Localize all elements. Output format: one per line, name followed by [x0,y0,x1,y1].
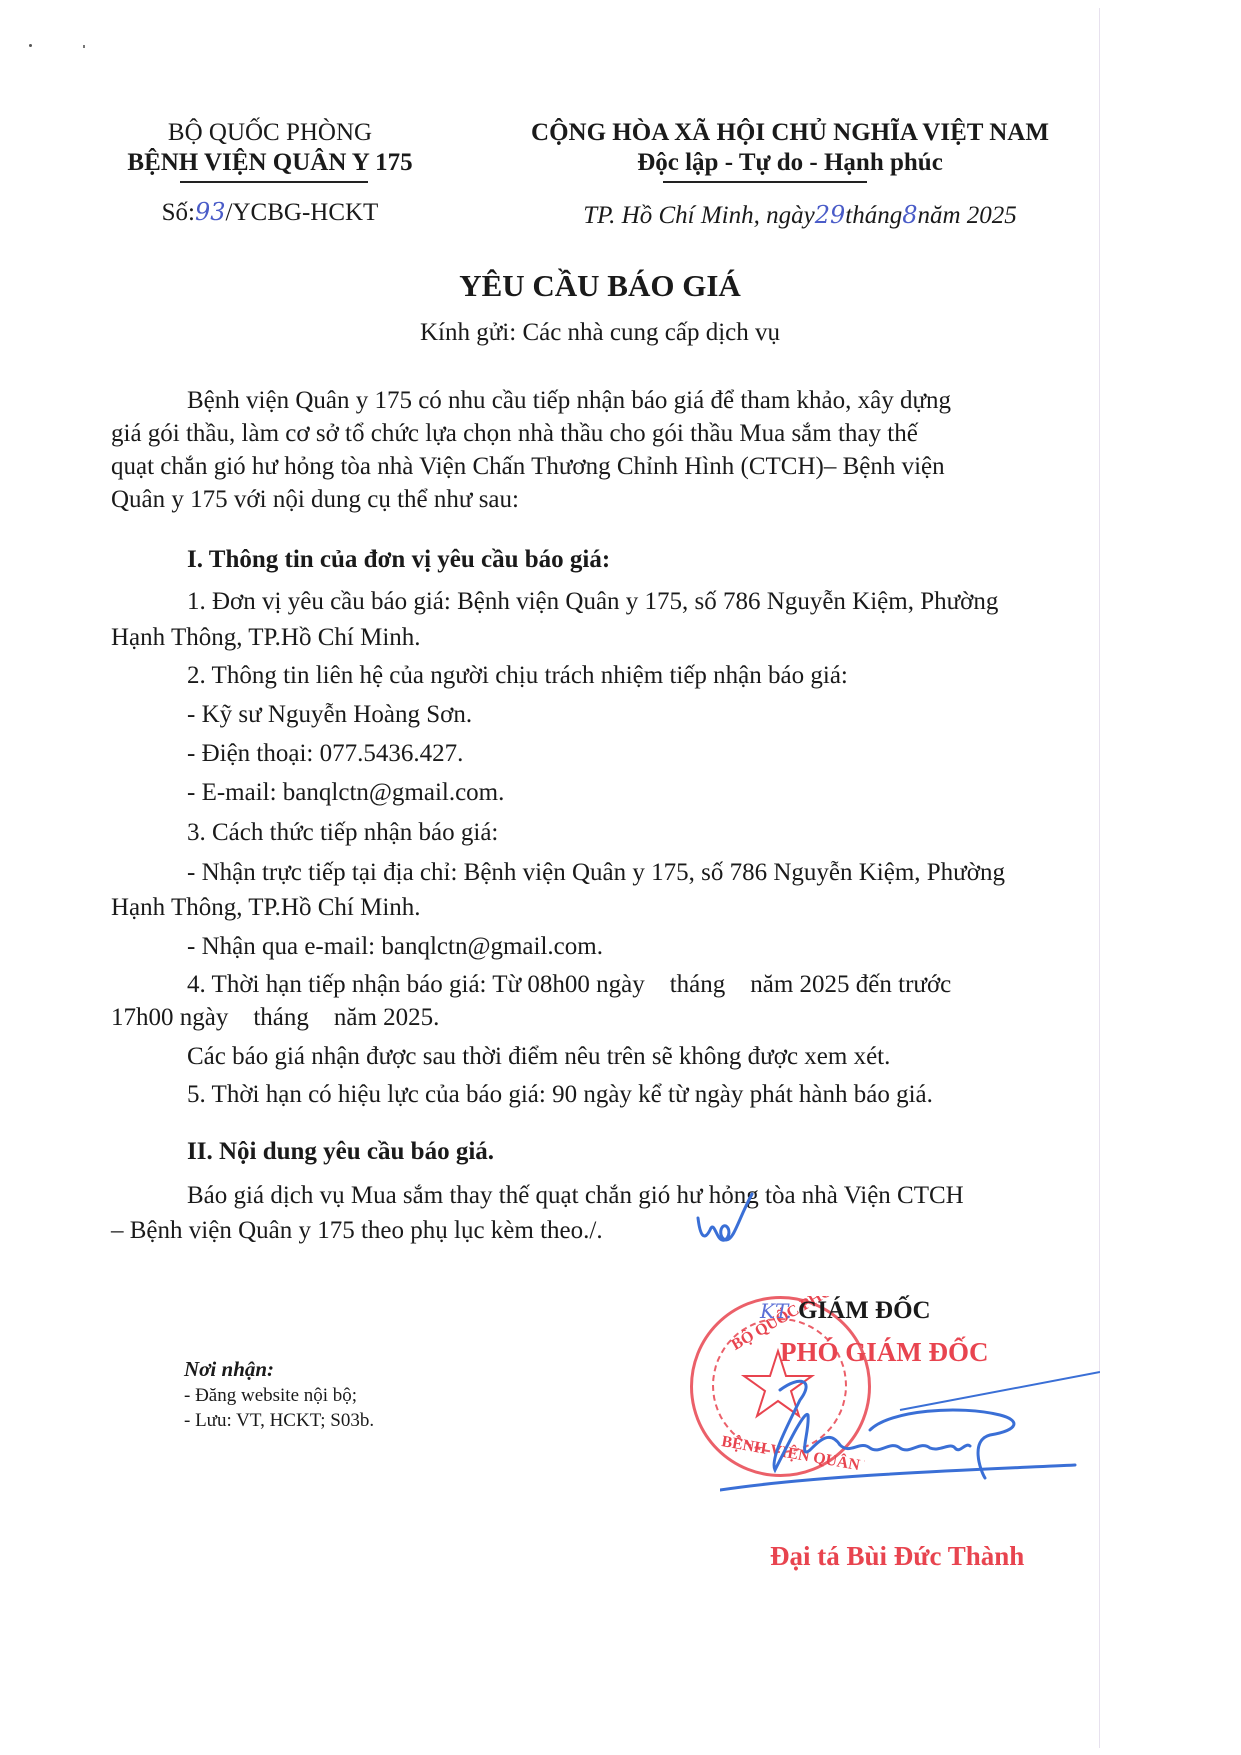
recipient-item-archive: - Lưu: VT, HCKT; S03b. [184,1408,374,1433]
section-1-heading: I. Thông tin của đơn vị yêu cầu báo giá: [187,545,610,575]
content-line-2: – Bệnh viện Quân y 175 theo phụ lục kèm … [111,1216,603,1246]
contact-email: - E-mail: banqlctn@gmail.com. [187,778,504,808]
signature-icon [720,1370,1100,1500]
receipt-method-heading: 3. Cách thức tiếp nhận báo giá: [187,818,498,848]
content-line-1: Báo giá dịch vụ Mua sắm thay thế quạt ch… [187,1181,964,1211]
handwritten-kt: KT. [760,1299,792,1323]
intro-line-3: quạt chắn gió hư hỏng tòa nhà Viện Chấn … [111,452,945,482]
deadline-note: Các báo giá nhận được sau thời điểm nêu … [187,1042,890,1072]
unit-underline [180,181,368,183]
document-title: YÊU CẦU BÁO GIÁ [100,268,1100,304]
section-2-heading: II. Nội dung yêu cầu báo giá. [187,1137,494,1167]
requester-line-1: 1. Đơn vị yêu cầu báo giá: Bệnh viện Quâ… [187,587,998,617]
place-date: TP. Hồ Chí Minh, ngày29tháng8năm 2025 [520,200,1080,231]
deadline-line-2: 17h00 ngày tháng năm 2025. [111,1003,439,1033]
signer-name: Đại tá Bùi Đức Thành [770,1540,1024,1572]
receipt-direct-line-1: - Nhận trực tiếp tại địa chỉ: Bệnh viện … [187,858,1005,888]
recipients-heading: Nơi nhận: [184,1356,274,1382]
handwritten-number: 93 [195,198,226,226]
intro-line-4: Quân y 175 với nội dung cụ thể như sau: [111,485,519,515]
scan-speck [29,44,32,47]
requester-line-2: Hạnh Thông, TP.Hồ Chí Minh. [111,623,421,653]
deputy-director-title: PHÓ GIÁM ĐỐC [780,1336,989,1368]
country-name: CỘNG HÒA XÃ HỘI CHỦ NGHĨA VIỆT NAM [500,118,1080,148]
ministry-name: BỘ QUỐC PHÒNG [100,118,440,148]
motto-underline [663,181,867,183]
handwritten-month: 8 [902,201,917,229]
validity-period: 5. Thời hạn có hiệu lực của báo giá: 90 … [187,1080,933,1110]
director-title: KT. GIÁM ĐỐC [760,1296,931,1326]
initials-mark-icon [690,1190,760,1250]
contact-heading: 2. Thông tin liên hệ của người chịu trác… [187,661,848,691]
receipt-direct-line-2: Hạnh Thông, TP.Hồ Chí Minh. [111,893,421,923]
receipt-email: - Nhận qua e-mail: banqlctn@gmail.com. [187,932,603,962]
intro-line-2: giá gói thầu, làm cơ sở tổ chức lựa chọn… [111,419,918,449]
intro-line-1: Bệnh viện Quân y 175 có nhu cầu tiếp nhậ… [187,386,951,416]
document-number: Số:93/YCBG-HCKT [100,197,440,228]
unit-name: BỆNH VIỆN QUÂN Y 175 [100,148,440,178]
national-motto: Độc lập - Tự do - Hạnh phúc [500,148,1080,178]
contact-phone: - Điện thoại: 077.5436.427. [187,739,463,769]
recipient-item-website: - Đăng website nội bộ; [184,1383,357,1408]
recipient-line: Kính gửi: Các nhà cung cấp dịch vụ [100,318,1100,348]
contact-name: - Kỹ sư Nguyễn Hoàng Sơn. [187,700,472,730]
handwritten-day: 29 [815,201,846,229]
deadline-line-1: 4. Thời hạn tiếp nhận báo giá: Từ 08h00 … [187,970,951,1000]
scan-speck [83,45,85,48]
